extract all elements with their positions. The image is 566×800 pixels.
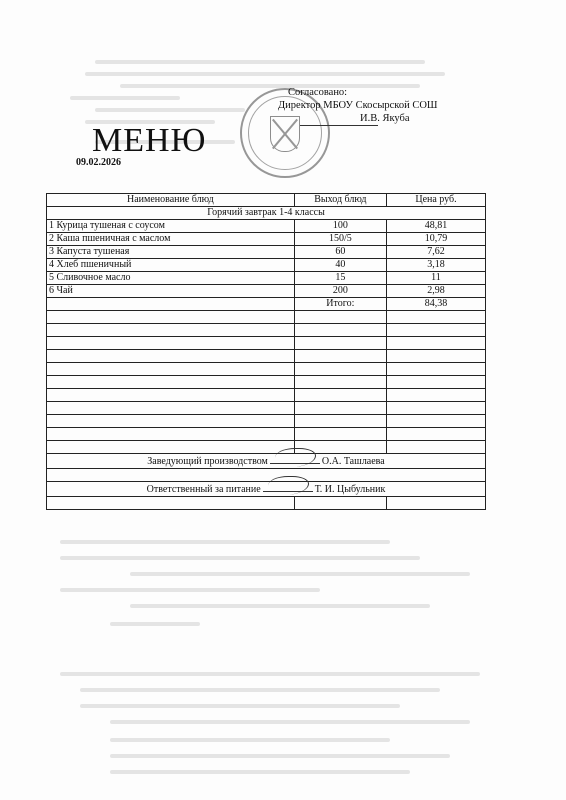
empty-row (47, 415, 486, 428)
empty-cell (294, 350, 386, 363)
empty-cell (47, 376, 295, 389)
signature-role: Заведующий производством (147, 456, 268, 467)
dish-price: 3,18 (386, 259, 485, 272)
empty-cell (294, 324, 386, 337)
dish-name: 6 Чай (47, 285, 295, 298)
header-price: Цена руб. (386, 194, 485, 207)
table-row: 4 Хлеб пшеничный403,18 (47, 259, 486, 272)
empty-cell (294, 415, 386, 428)
total-row: Итого:84,38 (47, 298, 486, 311)
dish-name: 3 Капуста тушеная (47, 246, 295, 259)
handwritten-signature (263, 482, 313, 492)
signature-cell: Заведующий производствомО.А. Ташлаева (47, 454, 486, 469)
empty-cell (47, 428, 295, 441)
signature-row: Ответственный за питаниеТ. И. Цыбульник (47, 482, 486, 497)
approval-position: Директор МБОУ Скосырской СОШ (278, 99, 438, 112)
menu-date: 09.02.2026 (76, 157, 121, 168)
handwritten-signature (270, 454, 320, 464)
empty-cell (386, 311, 485, 324)
empty-cell (386, 428, 485, 441)
empty-row (47, 311, 486, 324)
empty-cell (386, 389, 485, 402)
approval-name: И.В. Якуба (360, 112, 410, 125)
empty-cell (47, 402, 295, 415)
dish-price: 2,98 (386, 285, 485, 298)
signature-name: Т. И. Цыбульник (315, 484, 386, 495)
section-title: Горячий завтрак 1-4 классы (47, 207, 486, 220)
table-row: 3 Капуста тушеная607,62 (47, 246, 486, 259)
empty-cell (294, 311, 386, 324)
empty-cell (294, 363, 386, 376)
table-row: 5 Сливочное масло1511 (47, 272, 486, 285)
empty-row (47, 428, 486, 441)
empty-row (47, 376, 486, 389)
empty-cell (294, 389, 386, 402)
empty-cell (386, 350, 485, 363)
signature-role: Ответственный за питание (147, 484, 261, 495)
empty-cell (47, 389, 295, 402)
header-portion: Выход блюд (294, 194, 386, 207)
empty-row (47, 324, 486, 337)
director-signature-line (300, 125, 378, 126)
table-row: 2 Каша пшеничная с маслом150/510,79 (47, 233, 486, 246)
empty-cell (47, 311, 295, 324)
empty-row (47, 350, 486, 363)
empty-cell (386, 497, 485, 510)
empty-cell (386, 376, 485, 389)
dish-portion: 150/5 (294, 233, 386, 246)
empty-cell (386, 324, 485, 337)
empty-cell (47, 469, 486, 482)
dish-price: 48,81 (386, 220, 485, 233)
empty-cell (47, 298, 295, 311)
dish-portion: 60 (294, 246, 386, 259)
empty-row (47, 389, 486, 402)
empty-cell (294, 428, 386, 441)
empty-cell (47, 363, 295, 376)
empty-row (47, 441, 486, 454)
signature-row: Заведующий производствомО.А. Ташлаева (47, 454, 486, 469)
approval-label: Согласовано: (288, 86, 347, 99)
coat-of-arms-icon (270, 116, 300, 152)
empty-cell (47, 497, 295, 510)
dish-portion: 40 (294, 259, 386, 272)
total-value: 84,38 (386, 298, 485, 311)
dish-name: 5 Сливочное масло (47, 272, 295, 285)
table-row: 1 Курица тушеная с соусом10048,81 (47, 220, 486, 233)
table-row: 6 Чай2002,98 (47, 285, 486, 298)
page-title: МЕНЮ (92, 122, 207, 160)
empty-row (47, 363, 486, 376)
empty-cell (47, 324, 295, 337)
empty-row (47, 402, 486, 415)
empty-cell (47, 337, 295, 350)
empty-cell (47, 415, 295, 428)
empty-cell (47, 441, 295, 454)
menu-table: Наименование блюд Выход блюд Цена руб. Г… (46, 193, 486, 510)
dish-price: 11 (386, 272, 485, 285)
dish-portion: 100 (294, 220, 386, 233)
dish-name: 4 Хлеб пшеничный (47, 259, 295, 272)
signature-name: О.А. Ташлаева (322, 456, 385, 467)
total-label: Итого: (294, 298, 386, 311)
empty-cell (47, 350, 295, 363)
dish-portion: 200 (294, 285, 386, 298)
header-dish-name: Наименование блюд (47, 194, 295, 207)
empty-cell (294, 376, 386, 389)
empty-cell (386, 415, 485, 428)
section-row: Горячий завтрак 1-4 классы (47, 207, 486, 220)
empty-cell (294, 402, 386, 415)
dish-price: 10,79 (386, 233, 485, 246)
empty-cell (386, 337, 485, 350)
dish-name: 1 Курица тушеная с соусом (47, 220, 295, 233)
empty-cell (294, 497, 386, 510)
empty-row (47, 337, 486, 350)
dish-price: 7,62 (386, 246, 485, 259)
empty-row (47, 469, 486, 482)
empty-cell (386, 441, 485, 454)
empty-row (47, 497, 486, 510)
signature-cell: Ответственный за питаниеТ. И. Цыбульник (47, 482, 486, 497)
empty-cell (294, 337, 386, 350)
table-header-row: Наименование блюд Выход блюд Цена руб. (47, 194, 486, 207)
dish-portion: 15 (294, 272, 386, 285)
empty-cell (386, 363, 485, 376)
empty-cell (386, 402, 485, 415)
dish-name: 2 Каша пшеничная с маслом (47, 233, 295, 246)
